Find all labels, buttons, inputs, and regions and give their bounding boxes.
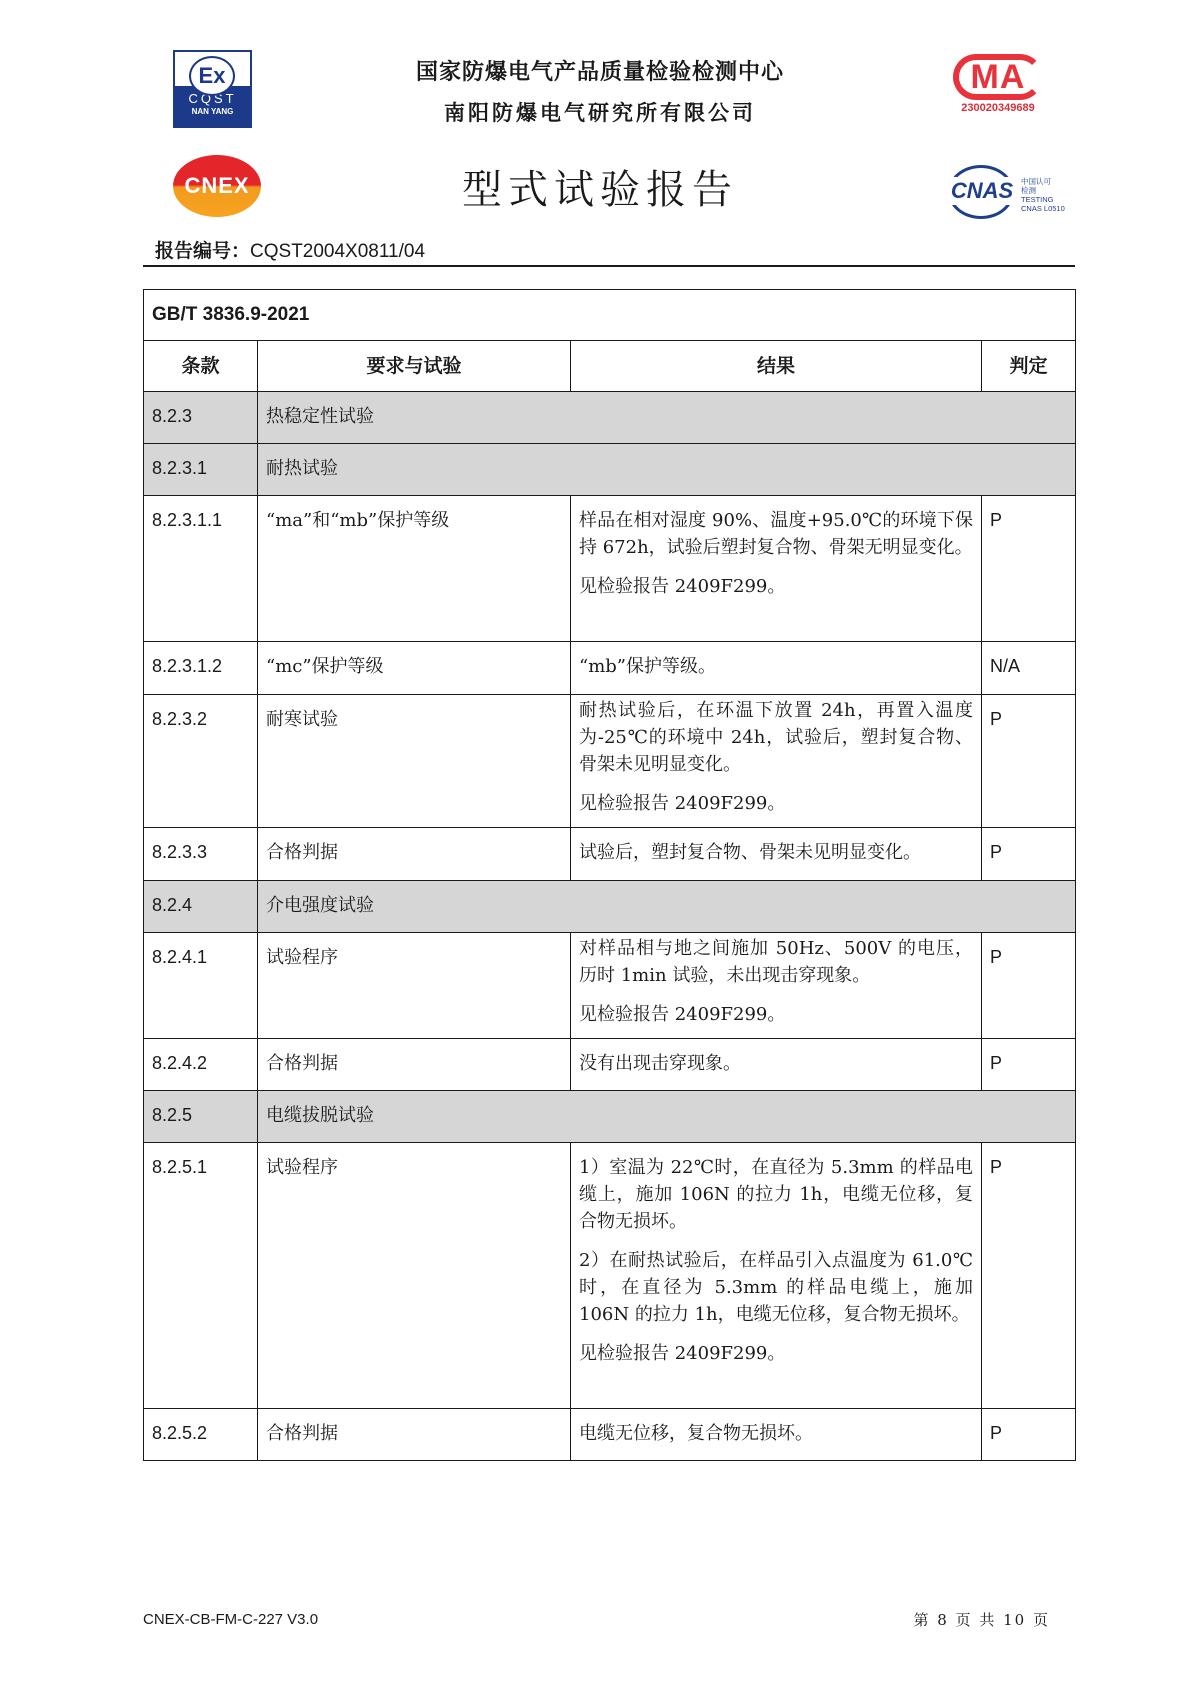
clause-cell: 8.2.3: [144, 392, 258, 444]
company-name: 南阳防爆电气研究所有限公司: [380, 97, 820, 127]
report-number-value: CQST2004X0811/04: [250, 241, 425, 262]
cma-mark-icon: MA: [953, 54, 1043, 100]
result-text: 2）在耐热试验后，在样品引入点温度为 61.0℃时，在直径为 5.3mm 的样品…: [579, 1247, 973, 1328]
table-row: 8.2.3.1.2 “mc”保护等级 “mb”保护等级。 N/A: [144, 642, 1076, 695]
page-indicator: 第 8 页 共 10 页: [914, 1611, 1050, 1629]
verdict-cell: P: [982, 496, 1076, 642]
report-number: 报告编号：CQST2004X0811/04: [155, 238, 425, 265]
section-title: 耐热试验: [258, 444, 1076, 496]
result-text: 1）室温为 22℃时，在直径为 5.3mm 的样品电缆上，施加 106N 的拉力…: [579, 1154, 973, 1235]
clause-cell: 8.2.3.1: [144, 444, 258, 496]
section-title: 热稳定性试验: [258, 392, 1076, 444]
requirement-cell: 试验程序: [258, 933, 571, 1039]
requirement-cell: 耐寒试验: [258, 695, 571, 828]
cqst-logo: Ex CQST NAN YANG: [173, 50, 252, 128]
form-code: CNEX-CB-FM-C-227 V3.0: [143, 1611, 318, 1629]
result-cell: 耐热试验后，在环温下放置 24h，再置入温度为-25℃的环境中 24h，试验后，…: [571, 695, 982, 828]
requirement-cell: “mc”保护等级: [258, 642, 571, 695]
requirement-cell: “ma”和“mb”保护等级: [258, 496, 571, 642]
report-number-label: 报告编号：: [155, 240, 250, 262]
cqst-logo-subtext: NAN YANG: [175, 106, 250, 118]
result-cell: 对样品相与地之间施加 50Hz、500V 的电压，历时 1min 试验，未出现击…: [571, 933, 982, 1039]
result-cell: 1）室温为 22℃时，在直径为 5.3mm 的样品电缆上，施加 106N 的拉力…: [571, 1143, 982, 1409]
verdict-cell: P: [982, 828, 1076, 881]
result-text: 对样品相与地之间施加 50Hz、500V 的电压，历时 1min 试验，未出现击…: [579, 935, 973, 989]
clause-cell: 8.2.5.1: [144, 1143, 258, 1409]
section-row: 8.2.5 电缆拔脱试验: [144, 1091, 1076, 1143]
ex-symbol-icon: Ex: [189, 56, 235, 96]
section-title: 介电强度试验: [258, 881, 1076, 933]
result-reference: 见检验报告 2409F299。: [579, 573, 973, 600]
result-cell: 没有出现击穿现象。: [571, 1039, 982, 1091]
cnas-text-1: 中国认可: [1021, 177, 1065, 186]
cnas-text-2: 检测: [1021, 186, 1065, 195]
cnas-logo: CNAS 中国认可 检测 TESTING CNAS L0510: [948, 165, 1078, 221]
requirement-cell: 试验程序: [258, 1143, 571, 1409]
table-header-row: 条款 要求与试验 结果 判定: [144, 341, 1076, 392]
table-row: 8.2.5.1 试验程序 1）室温为 22℃时，在直径为 5.3mm 的样品电缆…: [144, 1143, 1076, 1409]
cnex-logo: CNEX: [173, 155, 261, 217]
cnas-wordmark: CNAS: [946, 177, 1018, 205]
requirement-cell: 合格判据: [258, 1409, 571, 1461]
document-title: 型式试验报告: [400, 158, 800, 215]
verdict-cell: P: [982, 933, 1076, 1039]
organization-name: 国家防爆电气产品质量检验检测中心: [380, 55, 820, 86]
cnas-text-3: TESTING: [1021, 195, 1065, 204]
result-text: 电缆无位移，复合物无损坏。: [579, 1420, 973, 1447]
result-reference: 见检验报告 2409F299。: [579, 1001, 973, 1028]
clause-cell: 8.2.3.1.2: [144, 642, 258, 695]
column-header-clause: 条款: [144, 341, 258, 392]
header-divider: [143, 265, 1075, 267]
test-results-table: GB/T 3836.9-2021 条款 要求与试验 结果 判定 8.2.3 热稳…: [143, 289, 1076, 1461]
cnas-text-4: CNAS L0510: [1021, 204, 1065, 213]
result-text: 样品在相对湿度 90%、温度+95.0℃的环境下保持 672h，试验后塑封复合物…: [579, 507, 973, 561]
section-row: 8.2.3.1 耐热试验: [144, 444, 1076, 496]
result-reference: 见检验报告 2409F299。: [579, 790, 973, 817]
cma-logo: MA 230020349689: [952, 54, 1044, 124]
column-header-requirement: 要求与试验: [258, 341, 571, 392]
section-row: 8.2.3 热稳定性试验: [144, 392, 1076, 444]
verdict-cell: P: [982, 1409, 1076, 1461]
clause-cell: 8.2.4.2: [144, 1039, 258, 1091]
standard-row: GB/T 3836.9-2021: [144, 290, 1076, 341]
result-text: 没有出现击穿现象。: [579, 1050, 973, 1077]
verdict-cell: P: [982, 1143, 1076, 1409]
result-text: 试验后，塑封复合物、骨架未见明显变化。: [579, 839, 973, 866]
clause-cell: 8.2.3.1.1: [144, 496, 258, 642]
result-text: “mb”保护等级。: [579, 653, 973, 680]
clause-cell: 8.2.3.2: [144, 695, 258, 828]
result-cell: 电缆无位移，复合物无损坏。: [571, 1409, 982, 1461]
table-row: 8.2.3.3 合格判据 试验后，塑封复合物、骨架未见明显变化。 P: [144, 828, 1076, 881]
verdict-cell: N/A: [982, 642, 1076, 695]
section-row: 8.2.4 介电强度试验: [144, 881, 1076, 933]
column-header-result: 结果: [571, 341, 982, 392]
table-row: 8.2.3.2 耐寒试验 耐热试验后，在环温下放置 24h，再置入温度为-25℃…: [144, 695, 1076, 828]
result-cell: “mb”保护等级。: [571, 642, 982, 695]
verdict-cell: P: [982, 1039, 1076, 1091]
cma-number: 230020349689: [952, 100, 1044, 116]
table-row: 8.2.4.2 合格判据 没有出现击穿现象。 P: [144, 1039, 1076, 1091]
clause-cell: 8.2.3.3: [144, 828, 258, 881]
clause-cell: 8.2.5.2: [144, 1409, 258, 1461]
result-cell: 样品在相对湿度 90%、温度+95.0℃的环境下保持 672h，试验后塑封复合物…: [571, 496, 982, 642]
clause-cell: 8.2.4: [144, 881, 258, 933]
section-title: 电缆拔脱试验: [258, 1091, 1076, 1143]
clause-cell: 8.2.4.1: [144, 933, 258, 1039]
requirement-cell: 合格判据: [258, 1039, 571, 1091]
column-header-verdict: 判定: [982, 341, 1076, 392]
standard-code: GB/T 3836.9-2021: [144, 290, 1076, 341]
table-row: 8.2.4.1 试验程序 对样品相与地之间施加 50Hz、500V 的电压，历时…: [144, 933, 1076, 1039]
result-reference: 见检验报告 2409F299。: [579, 1340, 973, 1367]
table-row: 8.2.5.2 合格判据 电缆无位移，复合物无损坏。 P: [144, 1409, 1076, 1461]
table-row: 8.2.3.1.1 “ma”和“mb”保护等级 样品在相对湿度 90%、温度+9…: [144, 496, 1076, 642]
requirement-cell: 合格判据: [258, 828, 571, 881]
verdict-cell: P: [982, 695, 1076, 828]
clause-cell: 8.2.5: [144, 1091, 258, 1143]
result-text: 耐热试验后，在环温下放置 24h，再置入温度为-25℃的环境中 24h，试验后，…: [579, 697, 973, 778]
result-cell: 试验后，塑封复合物、骨架未见明显变化。: [571, 828, 982, 881]
